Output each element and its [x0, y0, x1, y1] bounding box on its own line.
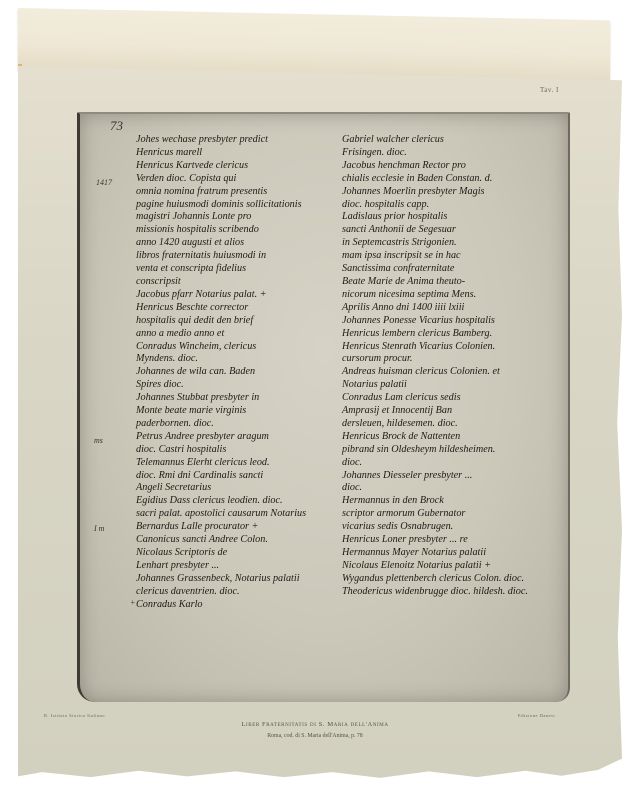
manuscript-line: Jacobus pfarr Notarius palat. +: [136, 289, 336, 302]
manuscript-line: dersleuen, hildesemen. dioc.: [342, 418, 560, 431]
manuscript-line: Verden dioc. Copista qui: [136, 173, 336, 186]
manuscript-line: Canonicus sancti Andree Colon.: [136, 534, 336, 547]
manuscript-line: Henricus marell: [136, 147, 336, 160]
manuscript-line: Hermannus Mayer Notarius palatii: [342, 547, 560, 560]
manuscript-line: nicorum nicesima septima Mens.: [342, 289, 560, 302]
manuscript-line: pagine huiusmodi dominis sollicitationis: [136, 199, 336, 212]
manuscript-line: dioc. Rmi dni Cardinalis sancti: [136, 470, 336, 483]
manuscript-line: Petrus Andree presbyter aragum: [136, 431, 336, 444]
manuscript-line: Johannes de wila can. Baden: [136, 366, 336, 379]
manuscript-line: Gabriel walcher clericus: [342, 134, 560, 147]
manuscript-left-column: Johes wechase presbyter predictHenricus …: [136, 134, 336, 612]
manuscript-line: anno a medio anno et: [136, 328, 336, 341]
manuscript-line: dioc.: [342, 457, 560, 470]
manuscript-line: mam ipsa inscripsit se in hac: [342, 250, 560, 263]
footer-publisher-right: Edizione Danesi: [518, 713, 555, 718]
manuscript-line: Andreas huisman clericus Colonien. et: [342, 366, 560, 379]
manuscript-line: Henricus Brock de Nattenten: [342, 431, 560, 444]
footer-publisher-left: R. Istituto Storico Italiano: [44, 713, 105, 718]
manuscript-facsimile: 73 1417 ms I m + Johes wechase presbyter…: [77, 112, 570, 702]
manuscript-line: Hermannus in den Brock: [342, 495, 560, 508]
manuscript-line: Johannes Grassenbeck, Notarius palatii: [136, 573, 336, 586]
manuscript-line: Myndens. dioc.: [136, 353, 336, 366]
manuscript-line: Telemannus Elerht clericus leod.: [136, 457, 336, 470]
manuscript-line: Henricus Loner presbyter ... re: [342, 534, 560, 547]
manuscript-line: Henricus lembern clericus Bamberg.: [342, 328, 560, 341]
manuscript-line: scriptor armorum Gubernator: [342, 508, 560, 521]
manuscript-line: Conradus Lam clericus sedis: [342, 392, 560, 405]
manuscript-line: cursorum procur.: [342, 353, 560, 366]
manuscript-line: chialis ecclesie in Baden Constan. d.: [342, 173, 560, 186]
manuscript-line: Jacobus henchman Rector pro: [342, 160, 560, 173]
manuscript-line: Sanctissima confraternitate: [342, 263, 560, 276]
manuscript-line: Nicolaus Scriptoris de: [136, 547, 336, 560]
manuscript-line: Wygandus plettenberch clericus Colon. di…: [342, 573, 560, 586]
manuscript-line: dioc.: [342, 482, 560, 495]
caption-subtitle: Roma, cod. di S. Maria dell'Anima, p. 78: [0, 733, 630, 739]
manuscript-line: vicarius sedis Osnabrugen.: [342, 521, 560, 534]
manuscript-line: Aprilis Anno dni 1400 iiii lxiii: [342, 302, 560, 315]
manuscript-line: Conradus Karlo: [136, 599, 336, 612]
manuscript-right-column: Gabriel walcher clericusFrisingen. dioc.…: [342, 134, 560, 599]
margin-note: 1417: [96, 178, 112, 187]
plate-label: Tav. I: [540, 86, 559, 94]
caption-title: Liber Fraternitatis di S. Maria dell'Ani…: [0, 721, 630, 728]
manuscript-line: Nicolaus Elenoitz Notarius palatii +: [342, 560, 560, 573]
manuscript-line: Johannes Stubbat presbyter in: [136, 392, 336, 405]
manuscript-line: Henricus Beschte corrector: [136, 302, 336, 315]
manuscript-line: conscripsit: [136, 276, 336, 289]
margin-note: I m: [94, 524, 104, 533]
manuscript-line: omnia nomina fratrum presentis: [136, 186, 336, 199]
manuscript-line: Amprasij et Innocentij Ban: [342, 405, 560, 418]
manuscript-line: sacri palat. apostolici causarum Notariu…: [136, 508, 336, 521]
manuscript-line: missionis hospitalis scribendo: [136, 224, 336, 237]
manuscript-line: Lenhart presbyter ...: [136, 560, 336, 573]
manuscript-line: Henricus Stenrath Vicarius Colonien.: [342, 341, 560, 354]
manuscript-line: anno 1420 augusti et alios: [136, 237, 336, 250]
manuscript-line: venta et conscripta fidelius: [136, 263, 336, 276]
manuscript-line: paderbornen. dioc.: [136, 418, 336, 431]
manuscript-line: Angeli Secretarius: [136, 482, 336, 495]
manuscript-line: Ladislaus prior hospitalis: [342, 211, 560, 224]
manuscript-line: Johannes Moerlin presbyter Magis: [342, 186, 560, 199]
manuscript-line: Johannes Ponesse Vicarius hospitalis: [342, 315, 560, 328]
manuscript-line: Bernardus Lalle procurator +: [136, 521, 336, 534]
manuscript-line: Beate Marie de Anima theuto-: [342, 276, 560, 289]
manuscript-line: magistri Johannis Lonte pro: [136, 211, 336, 224]
margin-note: ms: [94, 436, 103, 445]
manuscript-line: clericus daventrien. dioc.: [136, 586, 336, 599]
manuscript-line: dioc. hospitalis capp.: [342, 199, 560, 212]
manuscript-line: Notarius palatii: [342, 379, 560, 392]
manuscript-line: Frisingen. dioc.: [342, 147, 560, 160]
manuscript-line: pibrand sin Oldesheym hildesheimen.: [342, 444, 560, 457]
manuscript-line: dioc. Castri hospitalis: [136, 444, 336, 457]
manuscript-line: hospitalis qui dedit den brief: [136, 315, 336, 328]
manuscript-line: sancti Anthonii de Segesuar: [342, 224, 560, 237]
manuscript-line: Johannes Diesseler presbyter ...: [342, 470, 560, 483]
margin-note: +: [130, 598, 135, 607]
manuscript-line: in Septemcastris Strigonien.: [342, 237, 560, 250]
manuscript-line: Johes wechase presbyter predict: [136, 134, 336, 147]
manuscript-line: Spires dioc.: [136, 379, 336, 392]
manuscript-line: libros fraternitatis huiusmodi in: [136, 250, 336, 263]
manuscript-line: Monte beate marie virginis: [136, 405, 336, 418]
manuscript-line: Egidius Dass clericus leodien. dioc.: [136, 495, 336, 508]
folio-number: 73: [110, 118, 123, 134]
manuscript-line: Conradus Wincheim, clericus: [136, 341, 336, 354]
manuscript-line: Henricus Kartvede clericus: [136, 160, 336, 173]
manuscript-line: Theodericus widenbrugge dioc. hildesh. d…: [342, 586, 560, 599]
